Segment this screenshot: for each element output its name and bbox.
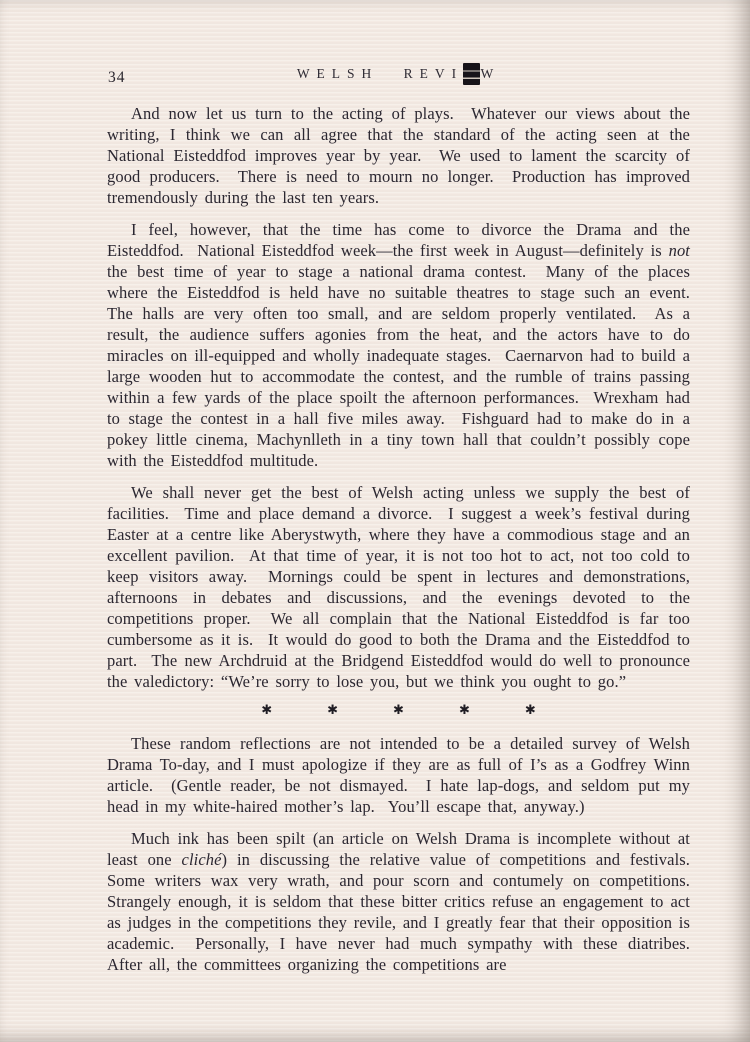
journal-title-text-end: W <box>480 66 500 81</box>
asterisk-icon: ✱ <box>261 703 272 719</box>
paragraph-much-ink-spilt: Much ink has been spilt (an article on W… <box>107 828 690 975</box>
paragraph-acting-of-plays: And now let us turn to the acting of pla… <box>107 103 690 208</box>
asterisk-icon: ✱ <box>327 703 338 719</box>
asterisk-icon: ✱ <box>393 703 404 719</box>
ink-smudge-artifact: E <box>463 63 480 85</box>
asterisk-icon: ✱ <box>459 703 470 719</box>
article-body: And now let us turn to the acting of pla… <box>107 103 690 975</box>
paragraph-random-reflections: These random reflections are not intende… <box>107 733 690 817</box>
journal-title-text: WELSH REVI <box>297 66 463 81</box>
journal-title: WELSH REVIEW <box>107 66 690 82</box>
page-content: 34 WELSH REVIEW And now let us turn to t… <box>107 66 690 975</box>
asterisk-icon: ✱ <box>525 703 536 719</box>
book-page: 34 WELSH REVIEW And now let us turn to t… <box>0 0 750 1042</box>
asterisk-separator: ✱ ✱ ✱ ✱ ✱ <box>107 703 690 719</box>
paragraph-divorce-drama-eisteddfod: I feel, however, that the time has come … <box>107 219 690 471</box>
paragraph-best-of-welsh-acting: We shall never get the best of Welsh act… <box>107 482 690 692</box>
page-header: 34 WELSH REVIEW <box>107 66 690 90</box>
page-number: 34 <box>108 69 126 87</box>
